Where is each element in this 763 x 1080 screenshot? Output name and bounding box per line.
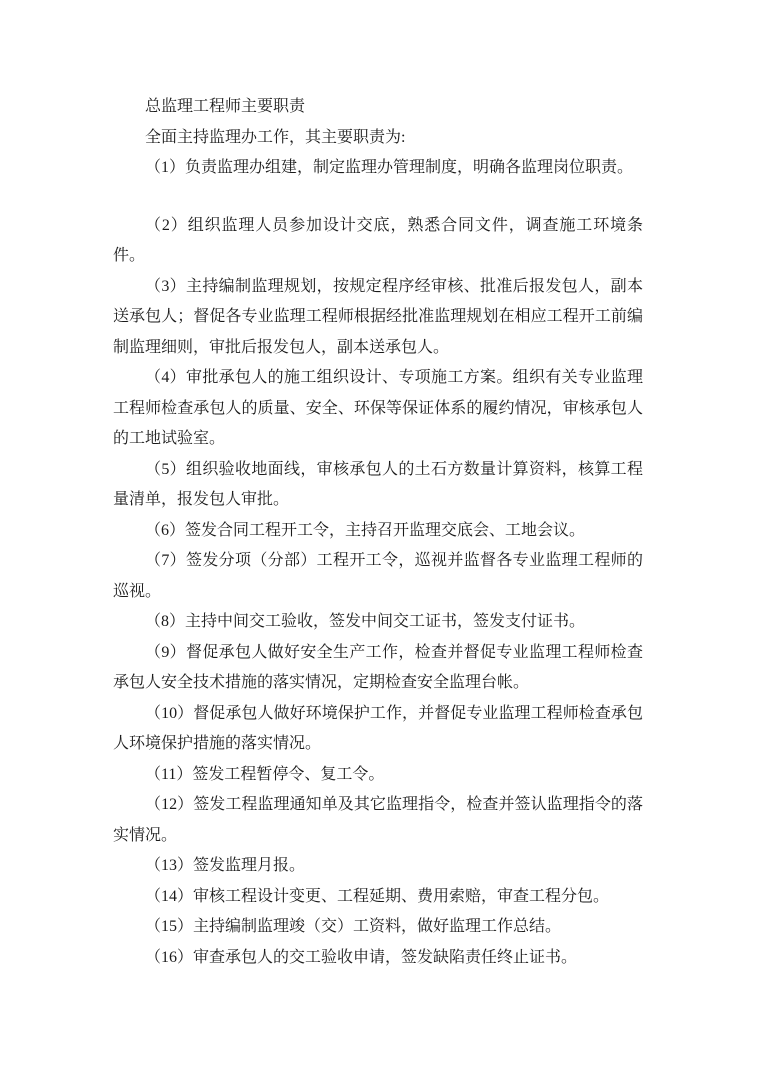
duty-item-3: （3）主持编制监理规划，按规定程序经审核、批准后报发包人，副本送承包人；督促各专… [113, 272, 643, 364]
duty-item-1: （1）负责监理办组建，制定监理办管理制度，明确各监理岗位职责。 [113, 153, 643, 184]
duty-item-16: （16）审查承包人的交工验收申请，签发缺陷责任终止证书。 [113, 943, 643, 974]
duty-item-9: （9）督促承包人做好安全生产工作，检查并督促专业监理工程师检查承包人安全技术措施… [113, 638, 643, 699]
duty-item-7: （7）签发分项（分部）工程开工令，巡视并监督各专业监理工程师的巡视。 [113, 546, 643, 607]
duty-item-11: （11）签发工程暂停令、复工令。 [113, 760, 643, 791]
duty-item-5: （5）组织验收地面线，审核承包人的土石方数量计算资料，核算工程量清单，报发包人审… [113, 455, 643, 516]
duty-item-2: （2）组织监理人员参加设计交底，熟悉合同文件，调查施工环境条件。 [113, 211, 643, 272]
document-text-block: 总监理工程师主要职责 全面主持监理办工作，其主要职责为: （1）负责监理办组建，… [113, 92, 643, 973]
duty-item-6: （6）签发合同工程开工令，主持召开监理交底会、工地会议。 [113, 516, 643, 547]
duty-item-10: （10）督促承包人做好环境保护工作，并督促专业监理工程师检查承包人环境保护措施的… [113, 699, 643, 760]
duty-item-4: （4）审批承包人的施工组织设计、专项施工方案。组织有关专业监理工程师检查承包人的… [113, 363, 643, 455]
duty-item-14: （14）审核工程设计变更、工程延期、费用索赔，审查工程分包。 [113, 882, 643, 913]
document-title: 总监理工程师主要职责 [113, 92, 643, 123]
duty-item-15: （15）主持编制监理竣（交）工资料，做好监理工作总结。 [113, 912, 643, 943]
duty-item-8: （8）主持中间交工验收，签发中间交工证书，签发支付证书。 [113, 607, 643, 638]
duty-item-12: （12）签发工程监理通知单及其它监理指令，检查并签认监理指令的落实情况。 [113, 790, 643, 851]
document-page: 总监理工程师主要职责 全面主持监理办工作，其主要职责为: （1）负责监理办组建，… [0, 0, 763, 1080]
duty-item-13: （13）签发监理月报。 [113, 851, 643, 882]
intro-paragraph: 全面主持监理办工作，其主要职责为: [113, 123, 643, 154]
